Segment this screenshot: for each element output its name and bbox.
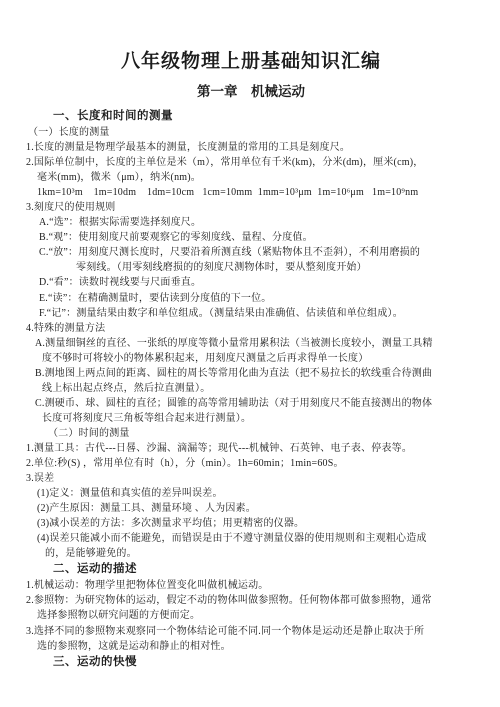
chapter-heading: 第一章 机械运动 (26, 83, 476, 101)
text-line: 3.误差 (26, 471, 476, 486)
section-heading: 一、长度和时间的测量 (26, 108, 476, 125)
text-line: C.测硬币、球、圆柱的直径；圆锥的高等常用辅助法（对于用刻度尺不能直接测出的物体 (26, 396, 476, 411)
section-heading: 二、运动的描述 (26, 561, 476, 578)
text-line: 长度可将刻度尺三角板等组合起来进行测量）。 (26, 411, 476, 426)
text-line: F.“记”：测量结果由数字和单位组成。（测量结果由准确值、估读值和单位组成）。 (26, 306, 476, 321)
subsection-heading: （二）时间的测量 (26, 426, 476, 441)
text-line: 3.选择不同的参照物来观察同一个物体结论可能不同.同一个物体是运动还是静止取决于… (26, 624, 476, 639)
text-line: 1km=10³m 1m=10dm 1dm=10cm 1cm=10mm 1mm=1… (26, 185, 476, 200)
text-line: E.“读”：在精确测量时，要估读到分度值的下一位。 (26, 291, 476, 306)
text-line: 线上标出起点终点，然后拉直测量）。 (26, 381, 476, 396)
text-line: B.测地图上两点间的距离、圆柱的周长等常用化曲为直法（把不易拉长的软线重合待测曲 (26, 366, 476, 381)
text-line: 度不够时可将较小的物体累积起来，用刻度尺测量之后再求得单一长度） (26, 351, 476, 366)
subsection-heading: （一）长度的测量 (26, 125, 476, 140)
text-line: 2.单位:秒(S) ，常用单位有时（h），分（min）。1h=60min；1mi… (26, 456, 476, 471)
text-line: C.“放”：用刻度尺测长度时，尺要沿着所测直线（紧贴物体且不歪斜），不利用磨损的 (26, 245, 476, 260)
text-line: 4.特殊的测量方法 (26, 321, 476, 336)
text-line: B.“观”：使用刻度尺前要观察它的零刻度线、量程、分度值。 (26, 230, 476, 245)
text-line: 选择参照物以研究问题的方便而定。 (26, 608, 476, 623)
text-line: 1.测量工具：古代---日晷、沙漏、滴漏等；现代---机械钟、石英钟、电子表、停… (26, 441, 476, 456)
text-line: 2.参照物：为研究物体的运动，假定不动的物体叫做参照物。任何物体都可做参照物，通… (26, 593, 476, 608)
text-line: 3.刻度尺的使用规则 (26, 200, 476, 215)
text-line: 零刻线。（用零刻线磨损的的刻度尺测物体时，要从整刻度开始） (26, 260, 476, 275)
text-line: A.测量细铜丝的直径、一张纸的厚度等微小量常用累积法（当被测长度较小，测量工具精 (26, 336, 476, 351)
text-line: (3)减小误差的方法：多次测量求平均值；用更精密的仪器。 (26, 516, 476, 531)
section-heading: 三、运动的快慢 (26, 654, 476, 671)
text-line: A.“选”：根据实际需要选择刻度尺。 (26, 215, 476, 230)
content-lines: 一、长度和时间的测量（一）长度的测量1.长度的测量是物理学最基本的测量，长度测量… (26, 108, 476, 671)
document-page: 八年级物理上册基础知识汇编 第一章 机械运动 一、长度和时间的测量（一）长度的测… (0, 0, 500, 707)
text-line: 的，是能够避免的。 (26, 546, 476, 561)
text-line: 选的参照物，这就是运动和静止的相对性。 (26, 639, 476, 654)
text-line: 1.机械运动：物理学里把物体位置变化叫做机械运动。 (26, 578, 476, 593)
page-title: 八年级物理上册基础知识汇编 (26, 50, 476, 74)
text-line: (1)定义：测量值和真实值的差异叫误差。 (26, 486, 476, 501)
text-line: 毫米(mm)，微米（μm），纳米(nm)。 (26, 170, 476, 185)
text-line: 1.长度的测量是物理学最基本的测量，长度测量的常用的工具是刻度尺。 (26, 140, 476, 155)
text-line: (4)误差只能减小而不能避免，而错误是由于不遵守测量仪器的使用规则和主观粗心造成 (26, 531, 476, 546)
text-line: 2.国际单位制中，长度的主单位是米（m），常用单位有千米(km)，分米(dm)，… (26, 155, 476, 170)
text-line: D.“看”：读数时视线要与尺面垂直。 (26, 275, 476, 290)
text-line: (2)产生原因：测量工具、测量环境 、人为因素。 (26, 501, 476, 516)
